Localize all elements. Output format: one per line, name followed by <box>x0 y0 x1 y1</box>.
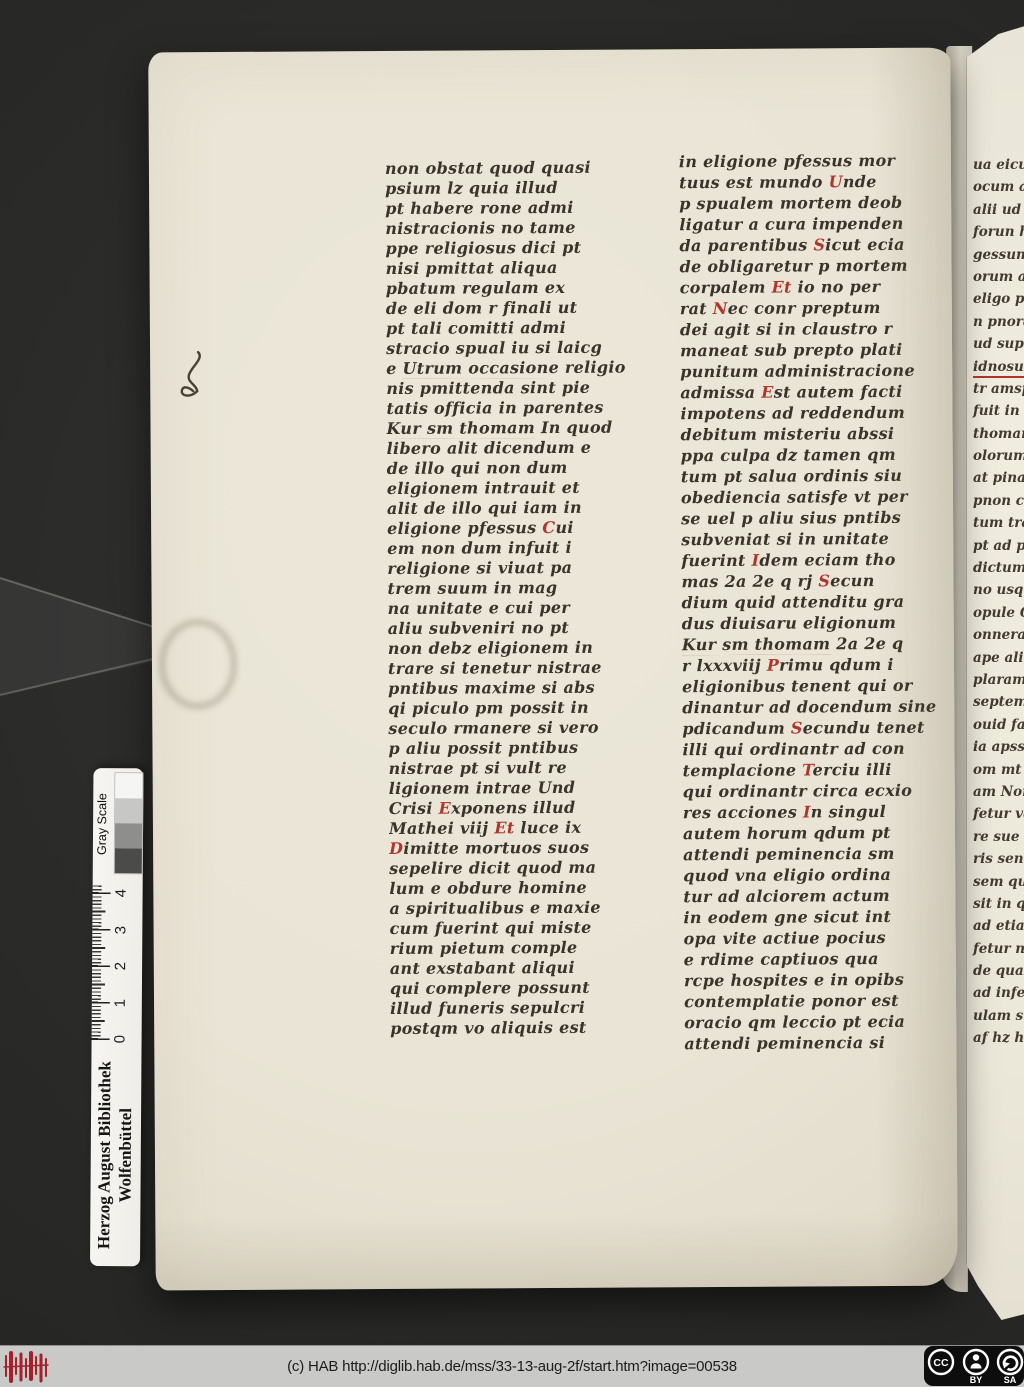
by-label: BY <box>970 1375 983 1385</box>
rubricated-letter: D <box>389 839 403 858</box>
manuscript-line: septem sine a <box>973 691 1024 713</box>
gray-patch-white <box>115 773 142 798</box>
rubricated-letter: P <box>767 656 779 675</box>
rubricated-letter: T <box>802 760 812 779</box>
manuscript-line: attendi peminencia si <box>684 1032 938 1055</box>
manuscript-line: punitum administracione <box>680 360 934 383</box>
manuscript-line: corpalem Et io no per <box>680 276 934 299</box>
manuscript-line: p spualem mortem deob <box>679 192 933 215</box>
manuscript-line: cum fuerint qui miste <box>390 917 642 939</box>
manuscript-line: autem horum qdum pt <box>683 822 937 845</box>
manuscript-line: pbatum regulam ex <box>386 277 638 299</box>
manuscript-line: in eodem gne sicut int <box>683 906 937 929</box>
manuscript-line: non obstat quod quasi <box>385 157 637 179</box>
manuscript-line: in eligione pfessus mor <box>679 150 933 173</box>
manuscript-line: fetur non qua <box>973 938 1024 960</box>
manuscript-line: eligionem intrauit et <box>387 477 639 499</box>
manuscript-line: tr amspredie <box>973 378 1024 400</box>
red-underlined-phrase: idnosus <box>973 359 1024 378</box>
by-person-icon <box>971 1354 982 1368</box>
manuscript-line: nis pmittenda sint pie <box>386 377 638 399</box>
manuscript-line: olorum pfessio <box>973 445 1024 467</box>
manuscript-line: idnosus pore <box>973 356 1024 378</box>
ruler-tick-label: 3 <box>112 923 129 937</box>
library-name-line2: Wolfenbüttel <box>114 1044 137 1266</box>
manuscript-line: mas 2a 2e q rj Secun <box>681 570 935 593</box>
manuscript-line: Dimitte mortuos suos <box>389 837 641 859</box>
manuscript-line: impotens ad reddendum <box>680 402 934 425</box>
manuscript-line: nistrae pt si vult re <box>389 757 641 779</box>
manuscript-line: nisi pmittat aliqua <box>385 257 637 279</box>
manuscript-line: pt habere rone admi <box>385 197 637 219</box>
manuscript-line: de illo qui non dum <box>387 457 639 479</box>
manuscript-line: postqm vo aliquis est <box>390 1017 642 1039</box>
manuscript-line: ppa culpa dz tamen qm <box>681 444 935 467</box>
manuscript-line: maneat sub prepto plati <box>680 339 934 362</box>
manuscript-line: aliu subveniri no pt <box>388 617 640 639</box>
manuscript-line: ant exstabant aliqui <box>390 957 642 979</box>
manuscript-line: libero alit dicendum e <box>387 437 639 459</box>
manuscript-line: attendi peminencia sm <box>683 843 937 866</box>
manuscript-line: om mt obede <box>973 759 1024 781</box>
manuscript-line: alit de illo qui iam in <box>387 497 639 519</box>
manuscript-line: Kur sm thomam In quod <box>386 417 638 439</box>
manuscript-line: eligione pfessus Cui <box>387 517 639 539</box>
manuscript-line: at pinapalu <box>973 467 1024 489</box>
manuscript-line: de obligaretur p mortem <box>679 255 933 278</box>
manuscript-line: admissa Est autem facti <box>680 381 934 404</box>
manuscript-line: ouid fami sue <box>973 714 1024 736</box>
rubricated-letter: S <box>818 571 830 590</box>
margin-ink-squiggle <box>174 348 214 408</box>
manuscript-line: ligionem intrae Und <box>389 777 641 799</box>
red-underlined-phrase: Kur sm thomam <box>682 634 831 655</box>
manuscript-line: res acciones In singul <box>683 801 937 824</box>
rubricated-letter: E <box>438 799 451 818</box>
manuscript-line: fuerint Idem eciam tho <box>681 549 935 572</box>
manuscript-line: oracio qm leccio pt ecia <box>684 1011 938 1034</box>
red-underlined-phrase: Kur sm thomam <box>386 418 535 439</box>
cc-by-sa-icons: CC BY SA <box>924 1346 1024 1386</box>
manuscript-line: Crisi Exponens illud <box>389 797 641 819</box>
manuscript-line: subveniat si in unitate <box>681 528 935 551</box>
manuscript-line: tum transfere <box>973 512 1024 534</box>
manuscript-line: templacione Terciu illi <box>683 759 937 782</box>
manuscript-line: ad etiam alsos <box>973 915 1024 937</box>
rubricated-letter: N <box>713 299 728 318</box>
manuscript-line: illi qui ordinantr ad con <box>682 738 936 761</box>
manuscript-line: seculo rmanere si vero <box>388 717 640 739</box>
cm-ruler: 0 1 2 3 4 <box>92 880 143 1044</box>
manuscript-line: pntibus maxime si abs <box>388 677 640 699</box>
manuscript-line: dei agit si in claustro r <box>680 318 934 341</box>
manuscript-line: nistracionis no tame <box>385 217 637 239</box>
manuscript-line: na unitate e cui per <box>388 597 640 619</box>
manuscript-line: ris senae rdin <box>973 848 1024 870</box>
manuscript-line: lum e obdure homine <box>389 877 641 899</box>
manuscript-line: a spiritualibus e maxie <box>389 897 641 919</box>
red-signature-mark-icon <box>2 1350 54 1384</box>
caption-bar: (c) HAB http://diglib.hab.de/mss/33-13-a… <box>0 1345 1024 1387</box>
rubricated-letter: E <box>761 383 774 402</box>
manuscript-line: eligionibus tenent qui or <box>682 675 936 698</box>
manuscript-line: forun habam <box>973 221 1024 243</box>
manuscript-line: tatis officia in parentes <box>386 397 638 419</box>
manuscript-line: sepelire dicit quod ma <box>389 857 641 879</box>
digitized-manuscript-photo: { "photo": { "background_color": "#28282… <box>0 0 1024 1387</box>
clamp-shadow-on-page <box>156 608 267 719</box>
red-underlined-phrase: Utrum occasione <box>402 358 559 379</box>
rubricated-letter: I <box>751 551 759 570</box>
manuscript-line: pt ad pena <box>973 535 1024 557</box>
manuscript-line: ad inferner ser <box>973 982 1024 1004</box>
manuscript-line: em non dum infuit i <box>387 537 639 559</box>
manuscript-line: trem suum in mag <box>387 577 639 599</box>
manuscript-line: quod vna eligio ordina <box>683 864 937 887</box>
manuscript-line: ud sup heini <box>973 333 1024 355</box>
rubricated-letter: S <box>813 235 825 254</box>
manuscript-line: ua eicum <box>973 154 1024 176</box>
manuscript-line: trare si tenetur nistrae <box>388 657 640 679</box>
manuscript-line: dictum aure <box>973 557 1024 579</box>
manuscript-line: pdicandum Secundu tenet <box>682 717 936 740</box>
library-label: Herzog August Bibliothek Wolfenbüttel <box>90 1044 142 1266</box>
manuscript-line: opa vite actiue pocius <box>684 927 938 950</box>
manuscript-line: fuit in regul <box>973 400 1024 422</box>
credit-url-text: (c) HAB http://diglib.hab.de/mss/33-13-a… <box>0 1346 1024 1387</box>
manuscript-line: tuus est mundo Unde <box>679 171 933 194</box>
manuscript-line: religione si viuat pa <box>387 557 639 579</box>
ruler-cm-ticks <box>92 884 111 1040</box>
color-calibration-ruler: Herzog August Bibliothek Wolfenbüttel 0 … <box>90 768 143 1266</box>
manuscript-line: de quas aliqua <box>973 960 1024 982</box>
sa-share-alike-icon <box>1003 1357 1018 1370</box>
manuscript-line: eligo plurio <box>973 288 1024 310</box>
manuscript-line: dinantur ad docendum sine <box>682 696 936 719</box>
manuscript-line: n pnorarim <box>973 311 1024 333</box>
ruler-tick-label: 2 <box>112 959 129 973</box>
cc-license-badge: CC BY SA <box>924 1346 1024 1386</box>
gray-scale-patches <box>114 772 144 874</box>
manuscript-line: no usq pt r <box>973 579 1024 601</box>
manuscript-line: alii ud si com <box>973 199 1024 221</box>
manuscript-line: qi piculo pm possit in <box>388 697 640 719</box>
manuscript-line: qui ordinantr circa ecxio <box>683 780 937 803</box>
manuscript-line: ocum adm <box>973 176 1024 198</box>
manuscript-line: Mathei viij Et luce ix <box>389 817 641 839</box>
manuscript-line: e Utrum occasione religio <box>386 357 638 379</box>
manuscript-line: e rdime captiuos qua <box>684 948 938 971</box>
manuscript-text-column-left: non obstat quod quasipsium lz quia illud… <box>385 157 642 1039</box>
manuscript-line: de eli dom r finali ut <box>386 297 638 319</box>
gray-scale-label: Gray Scale <box>95 768 114 880</box>
gray-patch-mid <box>115 823 142 848</box>
rubricated-letter: I <box>803 802 811 821</box>
manuscript-line: qui complere possunt <box>390 977 642 999</box>
manuscript-line: Kur sm thomam 2a 2e q <box>682 633 936 656</box>
manuscript-line: non debz eligionem in <box>388 637 640 659</box>
manuscript-line: contemplatie ponor est <box>684 990 938 1013</box>
manuscript-line: stracio spual iu si laicg <box>386 337 638 359</box>
manuscript-line: dium quid attenditu gra <box>682 591 936 614</box>
manuscript-line: ulam sm quod <box>973 1005 1024 1027</box>
manuscript-line: illud funeris sepulcri <box>390 997 642 1019</box>
manuscript-line: ia apssim qua <box>973 736 1024 758</box>
cc-logo-icon: CC <box>933 1357 949 1369</box>
manuscript-line: rium pietum comple <box>390 937 642 959</box>
rubricated-letter: U <box>828 172 842 191</box>
sa-label: SA <box>1004 1375 1017 1385</box>
manuscript-line: se uel p aliu sius pntibs <box>681 507 935 530</box>
manuscript-line: orum aute p <box>973 266 1024 288</box>
manuscript-line: sem que essent <box>973 871 1024 893</box>
ruler-tick-label: 1 <box>112 996 129 1010</box>
manuscript-line: af hz hor rol <box>973 1027 1024 1049</box>
manuscript-line: rcpe hospites e in opibs <box>684 969 938 992</box>
rubricated-letter: Et <box>771 278 791 297</box>
manuscript-line: re sue in spe <box>973 826 1024 848</box>
manuscript-line: am Non aut <box>973 781 1024 803</box>
manuscript-line: tur ad alciorem actum <box>683 885 937 908</box>
manuscript-line: da parentibus Sicut ecia <box>679 234 933 257</box>
gray-patch-dark <box>115 848 142 873</box>
manuscript-line: sit in qbusda <box>973 893 1024 915</box>
manuscript-page: non obstat quod quasipsium lz quia illud… <box>148 48 958 1291</box>
manuscript-line: pnon comest <box>973 490 1024 512</box>
rubricated-letter: C <box>542 518 555 537</box>
library-name-line1: Herzog August Bibliothek <box>93 1044 116 1266</box>
manuscript-line: ligatur a cura impenden <box>679 213 933 236</box>
manuscript-line: obediencia satisfe vt per <box>681 486 935 509</box>
manuscript-line: thomam 2a <box>973 423 1024 445</box>
manuscript-text-column-right: in eligione pfessus mortuus est mundo Un… <box>679 150 939 1055</box>
manuscript-line: psium lz quia illud <box>385 177 637 199</box>
gray-patch-light <box>115 798 142 823</box>
manuscript-line: p aliu possit pntibus <box>388 737 640 759</box>
ruler-tick-label: 4 <box>113 886 130 900</box>
manuscript-line: rat Nec conr preptum <box>680 297 934 320</box>
next-page-text-column: ua eicumocum admalii ud si comforun haba… <box>973 154 1024 1050</box>
rubricated-letter: Et <box>494 818 514 837</box>
manuscript-line: gessum com <box>973 244 1024 266</box>
manuscript-line: ppe religiosus dici pt <box>385 237 637 259</box>
manuscript-line: debitum misteriu abssi <box>681 423 935 446</box>
manuscript-line: r lxxxviij Primu qdum i <box>682 654 936 677</box>
manuscript-line: dus diuisaru eligionum <box>682 612 936 635</box>
manuscript-line: onneral psert <box>973 624 1024 646</box>
manuscript-line: ape aliqus v <box>973 647 1024 669</box>
manuscript-line: tum pt salua ordinis siu <box>681 465 935 488</box>
rubricated-letter: S <box>791 718 803 737</box>
ruler-tick-label: 0 <box>112 1032 129 1046</box>
manuscript-line: fetur vadet fur <box>973 803 1024 825</box>
manuscript-line: opule Quia b <box>973 602 1024 624</box>
next-page-sliver: ua eicumocum admalii ud si comforun haba… <box>966 24 1024 1324</box>
manuscript-line: pt tali comitti admi <box>386 317 638 339</box>
manuscript-line: plaram mita <box>973 669 1024 691</box>
gray-scale-section: Gray Scale <box>93 768 144 880</box>
